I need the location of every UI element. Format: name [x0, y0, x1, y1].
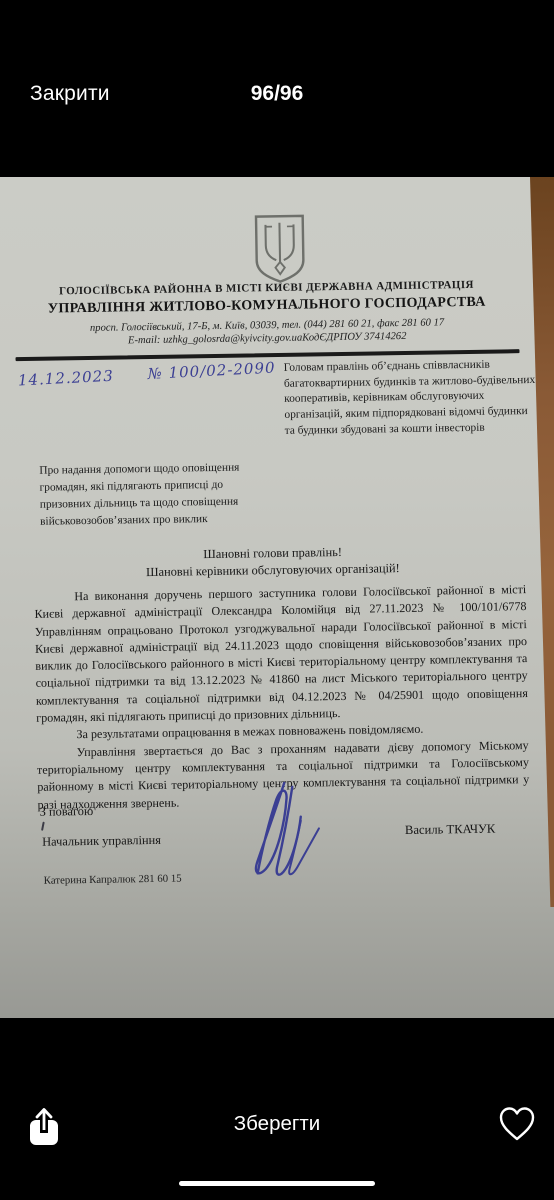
closing-line: З повагою — [40, 804, 94, 820]
handwritten-number: № 100/02-2090 — [147, 359, 276, 383]
stray-pen-mark — [41, 822, 45, 831]
signer-title: Начальник управління — [42, 833, 161, 850]
body-paragraph-1: На виконання доручень першого заступника… — [34, 581, 528, 727]
handwritten-signature — [226, 776, 348, 898]
photo-canvas[interactable]: ГОЛОСІЇВСЬКА РАЙОННА В МІСТІ КИЄВІ ДЕРЖА… — [0, 177, 554, 1018]
bottom-bar: Зберегти — [0, 1018, 554, 1200]
photo-viewer-screen: Закрити 96/96 ГОЛОСІЇВСЬКА РАЙОННА В МІС… — [0, 0, 554, 1200]
tryzub-emblem-icon — [251, 212, 308, 285]
top-bar: Закрити 96/96 — [0, 0, 554, 177]
photo-counter: 96/96 — [0, 82, 554, 106]
recipient-block: Головам правлінь об’єднань співвласників… — [284, 357, 537, 439]
save-button[interactable]: Зберегти — [0, 1112, 554, 1136]
org-name-line2: УПРАВЛІННЯ ЖИТЛОВО-КОМУНАЛЬНОГО ГОСПОДАР… — [17, 294, 517, 318]
handwritten-date: 14.12.2023 — [18, 367, 115, 390]
heart-icon[interactable] — [496, 1104, 538, 1144]
document-paper: ГОЛОСІЇВСЬКА РАЙОННА В МІСТІ КИЄВІ ДЕРЖА… — [0, 177, 554, 1018]
subject-block: Про надання допомоги щодо оповіщення гро… — [39, 459, 276, 531]
contact-person: Катерина Капралюк 281 60 15 — [44, 873, 182, 887]
signer-name: Василь ТКАЧУК — [405, 822, 496, 838]
home-indicator[interactable] — [179, 1181, 375, 1186]
handwritten-date-number: 14.12.2023 № 100/02-2090 — [18, 359, 276, 390]
